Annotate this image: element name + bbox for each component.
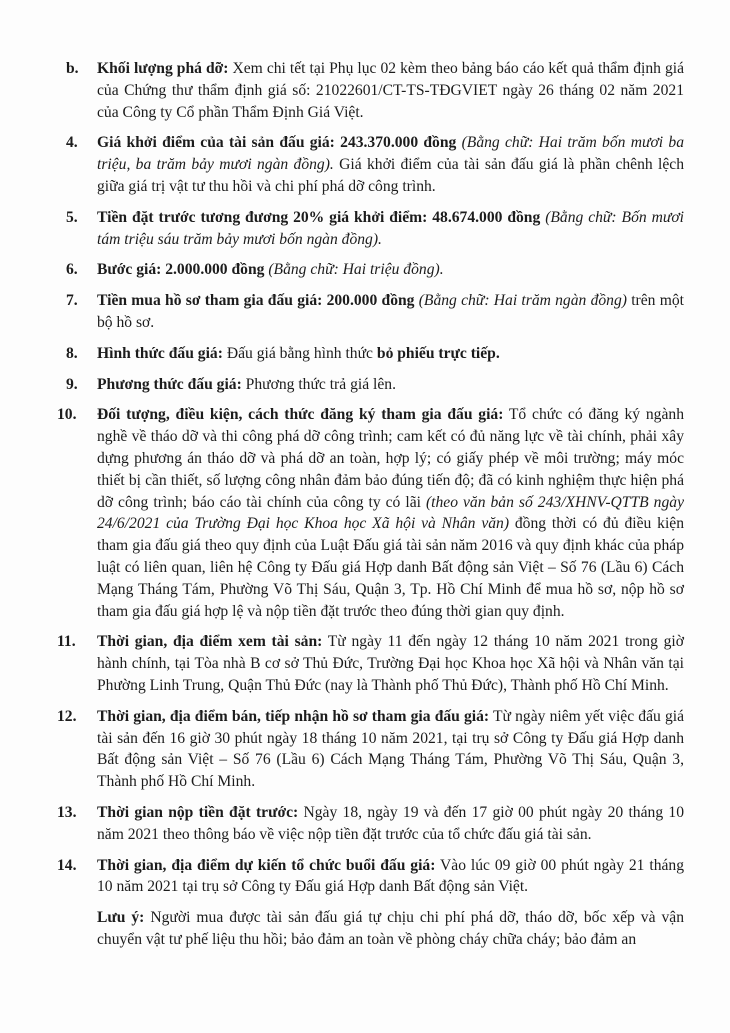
item-5-deposit: 5. Tiền đặt trước tương đương 20% giá kh… (66, 207, 684, 251)
item-12-dossier-sale: 12. Thời gian, địa điểm bán, tiếp nhận h… (66, 706, 684, 793)
item-label: Phương thức đấu giá: (97, 376, 242, 393)
item-label: Đối tượng, điều kiện, cách thức đăng ký … (97, 406, 503, 423)
item-label: Tiền đặt trước tương đương 20% giá khởi … (97, 209, 540, 226)
item-label: Khối lượng phá dỡ: (97, 60, 228, 77)
item-6-bid-step: 6. Bước giá: 2.000.000 đồng (Bằng chữ: H… (66, 259, 684, 281)
item-7-dossier-fee: 7. Tiền mua hồ sơ tham gia đấu giá: 200.… (66, 290, 684, 334)
item-b-demolition-volume: b. Khối lượng phá dỡ: Xem chi tết tại Ph… (66, 58, 684, 123)
item-bold-tail: bỏ phiếu trực tiếp. (377, 345, 500, 362)
item-number: 5. (66, 207, 78, 229)
item-label: Thời gian nộp tiền đặt trước: (97, 804, 298, 821)
item-10-eligibility: 10. Đối tượng, điều kiện, cách thức đăng… (66, 404, 684, 622)
item-number: 7. (66, 290, 78, 312)
item-italic: (Bằng chữ: Hai triệu đồng). (264, 261, 443, 278)
item-9-auction-method: 9. Phương thức đấu giá: Phương thức trả … (66, 374, 684, 396)
item-8-auction-form: 8. Hình thức đấu giá: Đấu giá bằng hình … (66, 343, 684, 365)
item-number: 13. (57, 802, 77, 824)
item-number: 6. (66, 259, 78, 281)
note-label: Lưu ý: (97, 909, 144, 926)
item-14-auction-session: 14. Thời gian, địa điểm dự kiến tổ chức … (66, 855, 684, 899)
document-body: b. Khối lượng phá dỡ: Xem chi tết tại Ph… (66, 58, 684, 951)
item-13-deposit-time: 13. Thời gian nộp tiền đặt trước: Ngày 1… (66, 802, 684, 846)
item-11-viewing: 11. Thời gian, địa điểm xem tài sản: Từ … (66, 631, 684, 696)
item-label: Giá khởi điểm của tài sản đấu giá: 243.3… (97, 134, 456, 151)
item-label: Bước giá: 2.000.000 đồng (97, 261, 264, 278)
item-text: Phương thức trả giá lên. (242, 376, 396, 393)
item-label: Hình thức đấu giá: (97, 345, 223, 362)
item-number: 12. (57, 706, 77, 728)
item-text: Đấu giá bằng hình thức (223, 345, 377, 362)
item-label: Thời gian, địa điểm bán, tiếp nhận hồ sơ… (97, 708, 489, 725)
item-label: Tiền mua hồ sơ tham gia đấu giá: 200.000… (97, 292, 414, 309)
item-number: 8. (66, 343, 78, 365)
item-number: 9. (66, 374, 78, 396)
item-number: 11. (57, 631, 76, 653)
item-number: 4. (66, 132, 78, 154)
document-page: b. Khối lượng phá dỡ: Xem chi tết tại Ph… (0, 0, 730, 1033)
item-italic: (Bằng chữ: Hai trăm ngàn đồng) (414, 292, 627, 309)
item-4-starting-price: 4. Giá khởi điểm của tài sản đấu giá: 24… (66, 132, 684, 197)
item-number: 14. (57, 855, 77, 877)
item-label: Thời gian, địa điểm xem tài sản: (97, 633, 322, 650)
note-paragraph: Lưu ý: Người mua được tài sản đấu giá tự… (66, 907, 684, 951)
item-number: 10. (57, 404, 77, 426)
note-text: Người mua được tài sản đấu giá tự chịu c… (97, 909, 684, 948)
item-label: Thời gian, địa điểm dự kiến tổ chức buổi… (97, 857, 435, 874)
item-number: b. (66, 58, 79, 80)
